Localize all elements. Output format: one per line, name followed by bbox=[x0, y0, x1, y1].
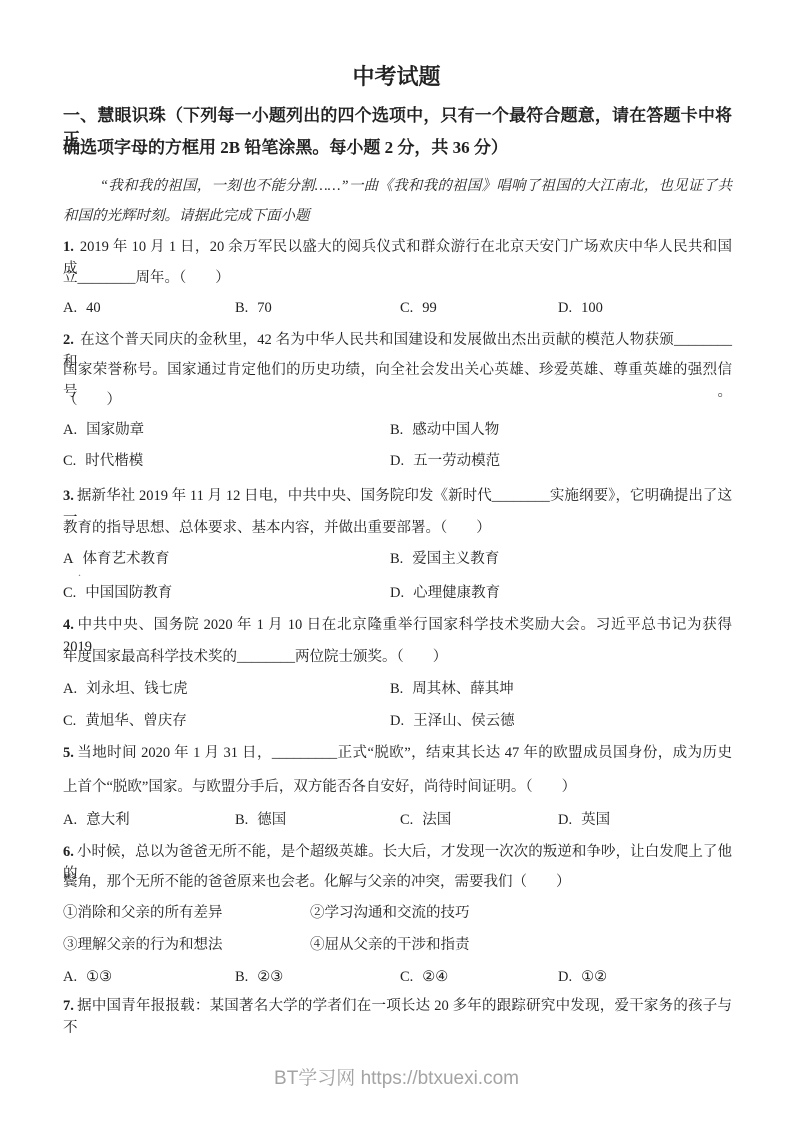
question-7-number: 7. bbox=[63, 998, 74, 1014]
option-text: 爱国主义教育 bbox=[412, 551, 499, 567]
option-label: B. bbox=[235, 812, 248, 828]
option-label: B. bbox=[235, 300, 248, 316]
question-2-stem-line-3: （ ） bbox=[63, 389, 732, 411]
page-title: 中考试题 bbox=[0, 62, 793, 92]
question-4-stem-line-2: 年度国家最高科学技术奖的________两位院士颁奖。（ ） bbox=[63, 646, 732, 668]
option-text: ①③ bbox=[86, 969, 112, 985]
question-6-stem-line-1: 6.小时候，总以为爸爸无所不能，是个超级英雄。长大后，才发现一次次的叛逆和争吵，… bbox=[63, 841, 732, 863]
option-text: 心理健康教育 bbox=[413, 585, 500, 601]
option-text: 刘永坦、钱七虎 bbox=[86, 681, 188, 697]
question-3-options-row-2: C.中国国防教育 D.心理健康教育 bbox=[63, 582, 732, 604]
option-text: 99 bbox=[422, 300, 437, 316]
option-text: 感动中国人物 bbox=[412, 422, 499, 438]
question-6-options-row: A.①③ B.②③ C.②④ D.①② bbox=[63, 966, 732, 988]
option-text: 时代楷模 bbox=[85, 453, 143, 469]
question-6-stem-line-2: 鬓角，那个无所不能的爸爸原来也会老。化解与父亲的冲突，需要我们（ ） bbox=[63, 871, 732, 893]
question-6-subitems-row-1: ①消除和父亲的所有差异 ②学习沟通和交流的技巧 bbox=[63, 902, 732, 924]
option-label: B. bbox=[235, 969, 248, 985]
option-label: A bbox=[63, 551, 73, 567]
question-4-stem-line-1: 4.中共中央、国务院 2020 年 1 月 10 日在北京隆重举行国家科学技术奖… bbox=[63, 614, 732, 636]
option-6-B: B.②③ bbox=[235, 966, 283, 988]
option-text: 周其林、薛其坤 bbox=[412, 681, 514, 697]
option-label: A. bbox=[63, 300, 77, 316]
option-5-B: B.德国 bbox=[235, 809, 286, 831]
option-2-A: A.国家勋章 bbox=[63, 419, 144, 441]
subitem-4: ④屈从父亲的干涉和指责 bbox=[310, 934, 470, 956]
option-text: 70 bbox=[257, 300, 272, 316]
option-3-C: C.中国国防教育 bbox=[63, 582, 172, 604]
exam-document-page: 中考试题 一、慧眼识珠（下列每一小题列出的四个选项中，只有一个最符合题意，请在答… bbox=[0, 0, 793, 1122]
option-3-B: B.爱国主义教育 bbox=[390, 548, 499, 570]
option-label: C. bbox=[63, 453, 76, 469]
option-text: 100 bbox=[581, 300, 603, 316]
option-label: D. bbox=[558, 969, 572, 985]
question-5-number: 5. bbox=[63, 745, 74, 761]
option-6-C: C.②④ bbox=[400, 966, 448, 988]
question-4-number: 4. bbox=[63, 617, 74, 633]
question-2-stem-line-2: 国家荣誉称号。国家通过肯定他们的历史功绩，向全社会发出关心英雄、珍爱英雄、尊重英… bbox=[63, 359, 732, 381]
option-label: B. bbox=[390, 551, 403, 567]
option-text: 德国 bbox=[257, 812, 286, 828]
question-3-stem-line-2: 教育的指导思想、总体要求、基本内容，并做出重要部署。（ ） bbox=[63, 517, 732, 539]
question-6-subitems-row-2: ③理解父亲的行为和想法 ④屈从父亲的干涉和指责 bbox=[63, 934, 732, 956]
option-label: C. bbox=[63, 713, 76, 729]
option-text: 王泽山、侯云德 bbox=[413, 713, 515, 729]
option-2-B: B.感动中国人物 bbox=[390, 419, 499, 441]
option-label: C. bbox=[400, 969, 413, 985]
option-label: A. bbox=[63, 812, 77, 828]
option-label: A. bbox=[63, 422, 77, 438]
question-3-options-row-1: A体育艺术教育 B.爱国主义教育 bbox=[63, 548, 732, 570]
question-7-stem-text: 据中国青年报报载：某国著名大学的学者们在一项长达 20 多年的跟踪研究中发现，爱… bbox=[63, 998, 732, 1036]
option-text: 黄旭华、曾庆存 bbox=[85, 713, 187, 729]
watermark-footer: BT学习网 https://btxuexi.com bbox=[0, 1066, 793, 1092]
option-text: ②④ bbox=[422, 969, 448, 985]
option-label: C. bbox=[400, 812, 413, 828]
question-2-options-row-2: C.时代楷模 D.五一劳动模范 bbox=[63, 450, 732, 472]
option-text: 国家勋章 bbox=[86, 422, 144, 438]
option-1-B: B.70 bbox=[235, 297, 272, 319]
option-text: 40 bbox=[86, 300, 101, 316]
option-label: D. bbox=[390, 713, 404, 729]
option-label: B. bbox=[390, 422, 403, 438]
option-text: 英国 bbox=[581, 812, 610, 828]
option-label: D. bbox=[558, 300, 572, 316]
intro-paragraph-line-1: “我和我的祖国，一刻也不能分割……”一曲《我和我的祖国》唱响了祖国的大江南北，也… bbox=[63, 175, 732, 197]
question-7-stem-line-1: 7.据中国青年报报载：某国著名大学的学者们在一项长达 20 多年的跟踪研究中发现… bbox=[63, 995, 732, 1017]
option-label: A. bbox=[63, 969, 77, 985]
question-5-stem-line-2: 上首个“脱欧”国家。与欧盟分手后，双方能否各自安好，尚待时间证明。（ ） bbox=[63, 776, 732, 798]
option-text: 意大利 bbox=[86, 812, 130, 828]
option-label: A. bbox=[63, 681, 77, 697]
option-6-A: A.①③ bbox=[63, 966, 112, 988]
option-label: D. bbox=[558, 812, 572, 828]
question-1-stem-line-2: 立________周年。（ ） bbox=[63, 267, 732, 289]
option-4-D: D.王泽山、侯云德 bbox=[390, 710, 515, 732]
question-2-stem-line-1: 2.在这个普天同庆的金秋里，42 名为中华人民共和国建设和发展做出杰出贡献的模范… bbox=[63, 329, 732, 351]
option-text: 体育艺术教育 bbox=[82, 551, 169, 567]
option-text: ②③ bbox=[257, 969, 283, 985]
section-heading-line-1: 一、慧眼识珠（下列每一小题列出的四个选项中，只有一个最符合题意，请在答题卡中将正 bbox=[63, 104, 732, 128]
question-5-stem-text: 当地时间 2020 年 1 月 31 日，_________正式“脱欧”，结束其… bbox=[77, 745, 732, 761]
option-text: 法国 bbox=[422, 812, 451, 828]
subitem-1: ①消除和父亲的所有差异 bbox=[63, 902, 223, 924]
question-5-stem-line-1: 5.当地时间 2020 年 1 月 31 日，_________正式“脱欧”，结… bbox=[63, 742, 732, 764]
option-label: C. bbox=[63, 585, 76, 601]
option-2-C: C.时代楷模 bbox=[63, 450, 143, 472]
option-1-D: D.100 bbox=[558, 297, 603, 319]
option-5-C: C.法国 bbox=[400, 809, 451, 831]
option-label: C. bbox=[400, 300, 413, 316]
option-1-C: C.99 bbox=[400, 297, 437, 319]
subitem-3: ③理解父亲的行为和想法 bbox=[63, 934, 223, 956]
option-text: 五一劳动模范 bbox=[413, 453, 500, 469]
option-label: D. bbox=[390, 585, 404, 601]
option-1-A: A.40 bbox=[63, 297, 101, 319]
question-3-stem-line-1: 3.据新华社 2019 年 11 月 12 日电，中共中央、国务院印发《新时代_… bbox=[63, 485, 732, 507]
question-1-number: 1. bbox=[63, 239, 74, 255]
subitem-2: ②学习沟通和交流的技巧 bbox=[310, 902, 470, 924]
option-5-D: D.英国 bbox=[558, 809, 610, 831]
option-3-D: D.心理健康教育 bbox=[390, 582, 500, 604]
question-6-number: 6. bbox=[63, 844, 74, 860]
question-2-options-row-1: A.国家勋章 B.感动中国人物 bbox=[63, 419, 732, 441]
question-4-options-row-1: A.刘永坦、钱七虎 B.周其林、薛其坤 bbox=[63, 678, 732, 700]
option-text: ①② bbox=[581, 969, 607, 985]
stray-mark: . bbox=[78, 565, 81, 579]
option-4-A: A.刘永坦、钱七虎 bbox=[63, 678, 188, 700]
question-4-options-row-2: C.黄旭华、曾庆存 D.王泽山、侯云德 bbox=[63, 710, 732, 732]
option-6-D: D.①② bbox=[558, 966, 607, 988]
section-heading-line-2: 确选项字母的方框用 2B 铅笔涂黑。每小题 2 分，共 36 分） bbox=[63, 136, 732, 160]
question-1-stem-line-1: 1.2019 年 10 月 1 日，20 余万军民以盛大的阅兵仪式和群众游行在北… bbox=[63, 236, 732, 258]
option-2-D: D.五一劳动模范 bbox=[390, 450, 500, 472]
option-text: 中国国防教育 bbox=[85, 585, 172, 601]
intro-paragraph-line-2: 和国的光辉时刻。请据此完成下面小题 bbox=[63, 205, 732, 227]
question-5-options-row: A.意大利 B.德国 C.法国 D.英国 bbox=[63, 809, 732, 831]
question-2-number: 2. bbox=[63, 332, 74, 348]
option-label: B. bbox=[390, 681, 403, 697]
question-1-options-row: A.40 B.70 C.99 D.100 bbox=[63, 297, 732, 319]
question-3-number: 3. bbox=[63, 488, 74, 504]
option-label: D. bbox=[390, 453, 404, 469]
option-4-B: B.周其林、薛其坤 bbox=[390, 678, 514, 700]
option-4-C: C.黄旭华、曾庆存 bbox=[63, 710, 187, 732]
option-5-A: A.意大利 bbox=[63, 809, 130, 831]
